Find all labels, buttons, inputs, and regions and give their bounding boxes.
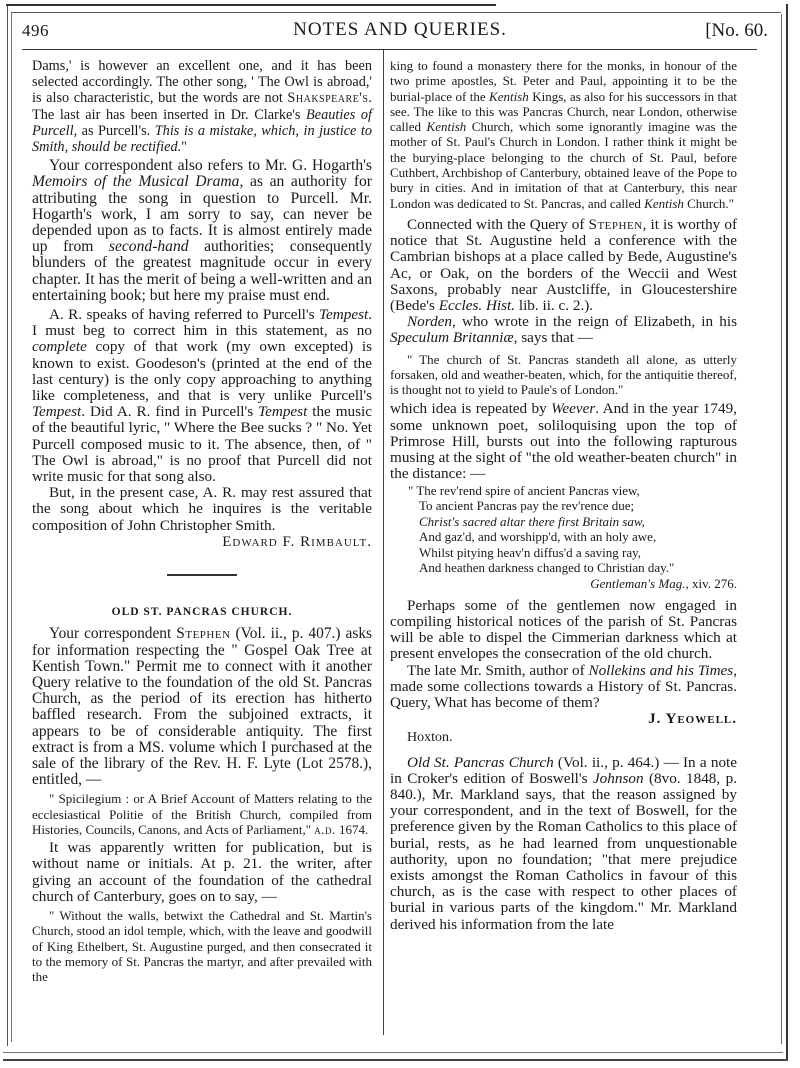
verse-line: To ancient Pancras pay the rev'rence due… [408, 498, 737, 514]
paragraph: Dams,' is however an excellent one, and … [32, 58, 372, 155]
signature: Edward F. Rimbault. [32, 534, 372, 550]
verse-line: " The rev'rend spire of ancient Pancras … [408, 483, 737, 499]
paragraph: Connected with the Query of Stephen, it … [390, 217, 737, 314]
paragraph: But, in the present case, A. R. may rest… [32, 485, 372, 534]
frame-top-inner-rule [11, 12, 781, 13]
page-header: 496 NOTES AND QUERIES. [No. 60. [20, 14, 780, 48]
paragraph: Old St. Pancras Church (Vol. ii., p. 464… [390, 755, 737, 933]
frame-left-rule [7, 6, 8, 1046]
right-column: king to found a monastery there for the … [390, 58, 737, 933]
frame-left-inner-rule [11, 12, 12, 1042]
running-title: NOTES AND QUERIES. [20, 19, 780, 41]
paragraph: which idea is repeated by Weever. And in… [390, 401, 737, 482]
paragraph: A. R. speaks of having referred to Purce… [32, 307, 372, 485]
signature: J. Yeowell. [390, 711, 737, 727]
verse-block: " The rev'rend spire of ancient Pancras … [390, 483, 737, 576]
section-title: OLD ST. PANCRAS CHURCH. [32, 604, 372, 620]
paragraph: Your correspondent also refers to Mr. G.… [32, 158, 372, 304]
paragraph: It was apparently written for publicatio… [32, 840, 372, 905]
frame-right-rule [786, 4, 788, 1059]
block-quote: " The church of St. Pancras standeth all… [390, 352, 737, 398]
place-line: Hoxton. [390, 730, 737, 746]
verse-line: And heathen darkness changed to Christia… [408, 560, 737, 576]
block-quote: " Without the walls, betwixt the Cathedr… [32, 908, 372, 984]
verse-source: Gentleman's Mag., xiv. 276. [390, 576, 737, 592]
header-rule [22, 49, 757, 50]
block-quote-continued: king to found a monastery there for the … [390, 58, 737, 211]
paragraph: Your correspondent Stephen (Vol. ii., p.… [32, 626, 372, 788]
paragraph: Norden, who wrote in the reign of Elizab… [390, 314, 737, 346]
verse-line: Christ's sacred altar there first Britai… [408, 514, 737, 530]
frame-bottom-inner-rule [3, 1052, 783, 1053]
column-divider [383, 50, 384, 1035]
left-column: Dams,' is however an excellent one, and … [32, 58, 372, 985]
issue-number: [No. 60. [705, 20, 768, 42]
frame-top-rule [6, 4, 496, 6]
paragraph: Perhaps some of the gentlemen now engage… [390, 598, 737, 663]
verse-line: And gaz'd, and worshipp'd, with an holy … [408, 529, 737, 545]
section-separator [167, 574, 237, 576]
block-quote: " Spicilegium : or A Brief Account of Ma… [32, 791, 372, 837]
frame-right-inner-rule [781, 14, 782, 1044]
paragraph: The late Mr. Smith, author of Nollekins … [390, 663, 737, 712]
verse-line: Whilst pitying heav'n diffus'd a saving … [408, 545, 737, 561]
frame-bottom-rule [3, 1059, 788, 1061]
